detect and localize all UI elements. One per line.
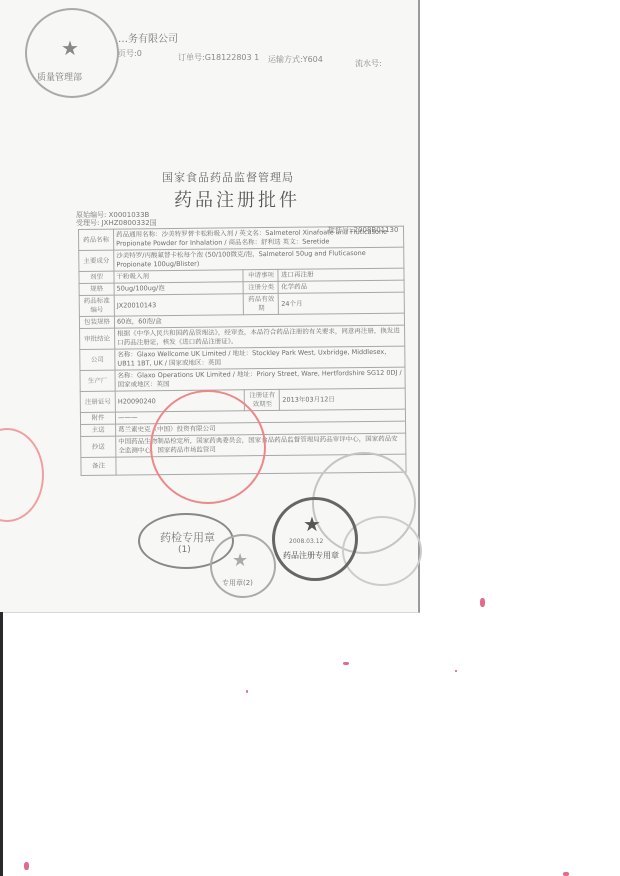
row-label: 注册分类 (244, 281, 279, 293)
row-value: JX20010143 (114, 294, 244, 316)
order-number: 订单号:G18122803 1 (178, 52, 259, 63)
row-value: 24个月 (279, 292, 405, 314)
row-label: 主送 (81, 424, 116, 436)
star-icon: ★ (303, 512, 321, 536)
star-icon: ★ (61, 36, 79, 60)
row-label: 药品标准编号 (79, 295, 114, 316)
row-label: 抄送 (81, 436, 116, 457)
red-stamp (150, 390, 266, 504)
document-sheet: ★ 质量管理部 …务有限公司 页号:0 订单号:G18122803 1 运输方式… (0, 0, 420, 613)
ink-speck (480, 598, 485, 607)
row-value: 根据《中华人民共和国药品管理法》，经审查，本品符合药品注册的有关要求，同意再注册… (115, 325, 405, 349)
row-label: 附件 (80, 412, 115, 424)
row-label: 公司 (80, 349, 115, 370)
shipping-method: 运输方式:Y604 (268, 54, 323, 65)
row-label: 注册证号 (80, 391, 115, 412)
ink-speck (455, 670, 457, 672)
row-label: 药品有效期 (244, 293, 279, 314)
company-name: …务有限公司 (118, 30, 178, 45)
row-label: 药品名称 (79, 229, 114, 250)
quality-stamp: ★ 质量管理部 (25, 8, 119, 98)
page-number: 页号:0 (118, 48, 142, 59)
row-value: 药品通用名称：沙美特罗替卡松粉吸入剂 / 英文名：Salmeterol Xina… (114, 226, 404, 250)
ink-speck (246, 690, 248, 693)
ink-speck (563, 872, 569, 876)
registration-stamp: ★ 2008.03.12 药品注册专用章 (272, 497, 358, 581)
scan-edge (0, 612, 3, 876)
row-label: 规格 (79, 283, 114, 295)
row-label: 申请事项 (243, 269, 278, 281)
red-stamp-left (0, 428, 44, 522)
row-label: 生产厂 (80, 370, 115, 391)
acceptance-number: 受理号: JXHZ0800332国 (76, 218, 157, 228)
row-value: 名称：Glaxo Operations UK Limited / 地址：Prio… (115, 367, 405, 391)
star-icon: ★ (232, 550, 248, 571)
ring-stamp: ★ 专用章(2) (210, 534, 276, 598)
row-value: 2013年03月12日 (280, 388, 406, 410)
row-label: 剂型 (79, 271, 114, 283)
row-value: 沙美特罗/丙酸氟替卡松每个泡 (50/100微克/泡，Salmeterol 50… (114, 247, 404, 271)
row-value: 名称：Glaxo Wellcome UK Limited / 地址：Stockl… (115, 346, 405, 370)
document-title: 药品注册批件 (174, 186, 300, 212)
row-label: 审批结论 (80, 328, 115, 349)
flow-number: 流水号: (355, 58, 382, 69)
row-label: 备注 (81, 457, 116, 475)
row-label: 包装规格 (79, 316, 114, 328)
ink-speck (343, 662, 349, 665)
agency-name: 国家食品药品监督管理局 (162, 169, 294, 185)
row-label: 主要成分 (79, 250, 114, 271)
ink-speck (24, 862, 29, 870)
